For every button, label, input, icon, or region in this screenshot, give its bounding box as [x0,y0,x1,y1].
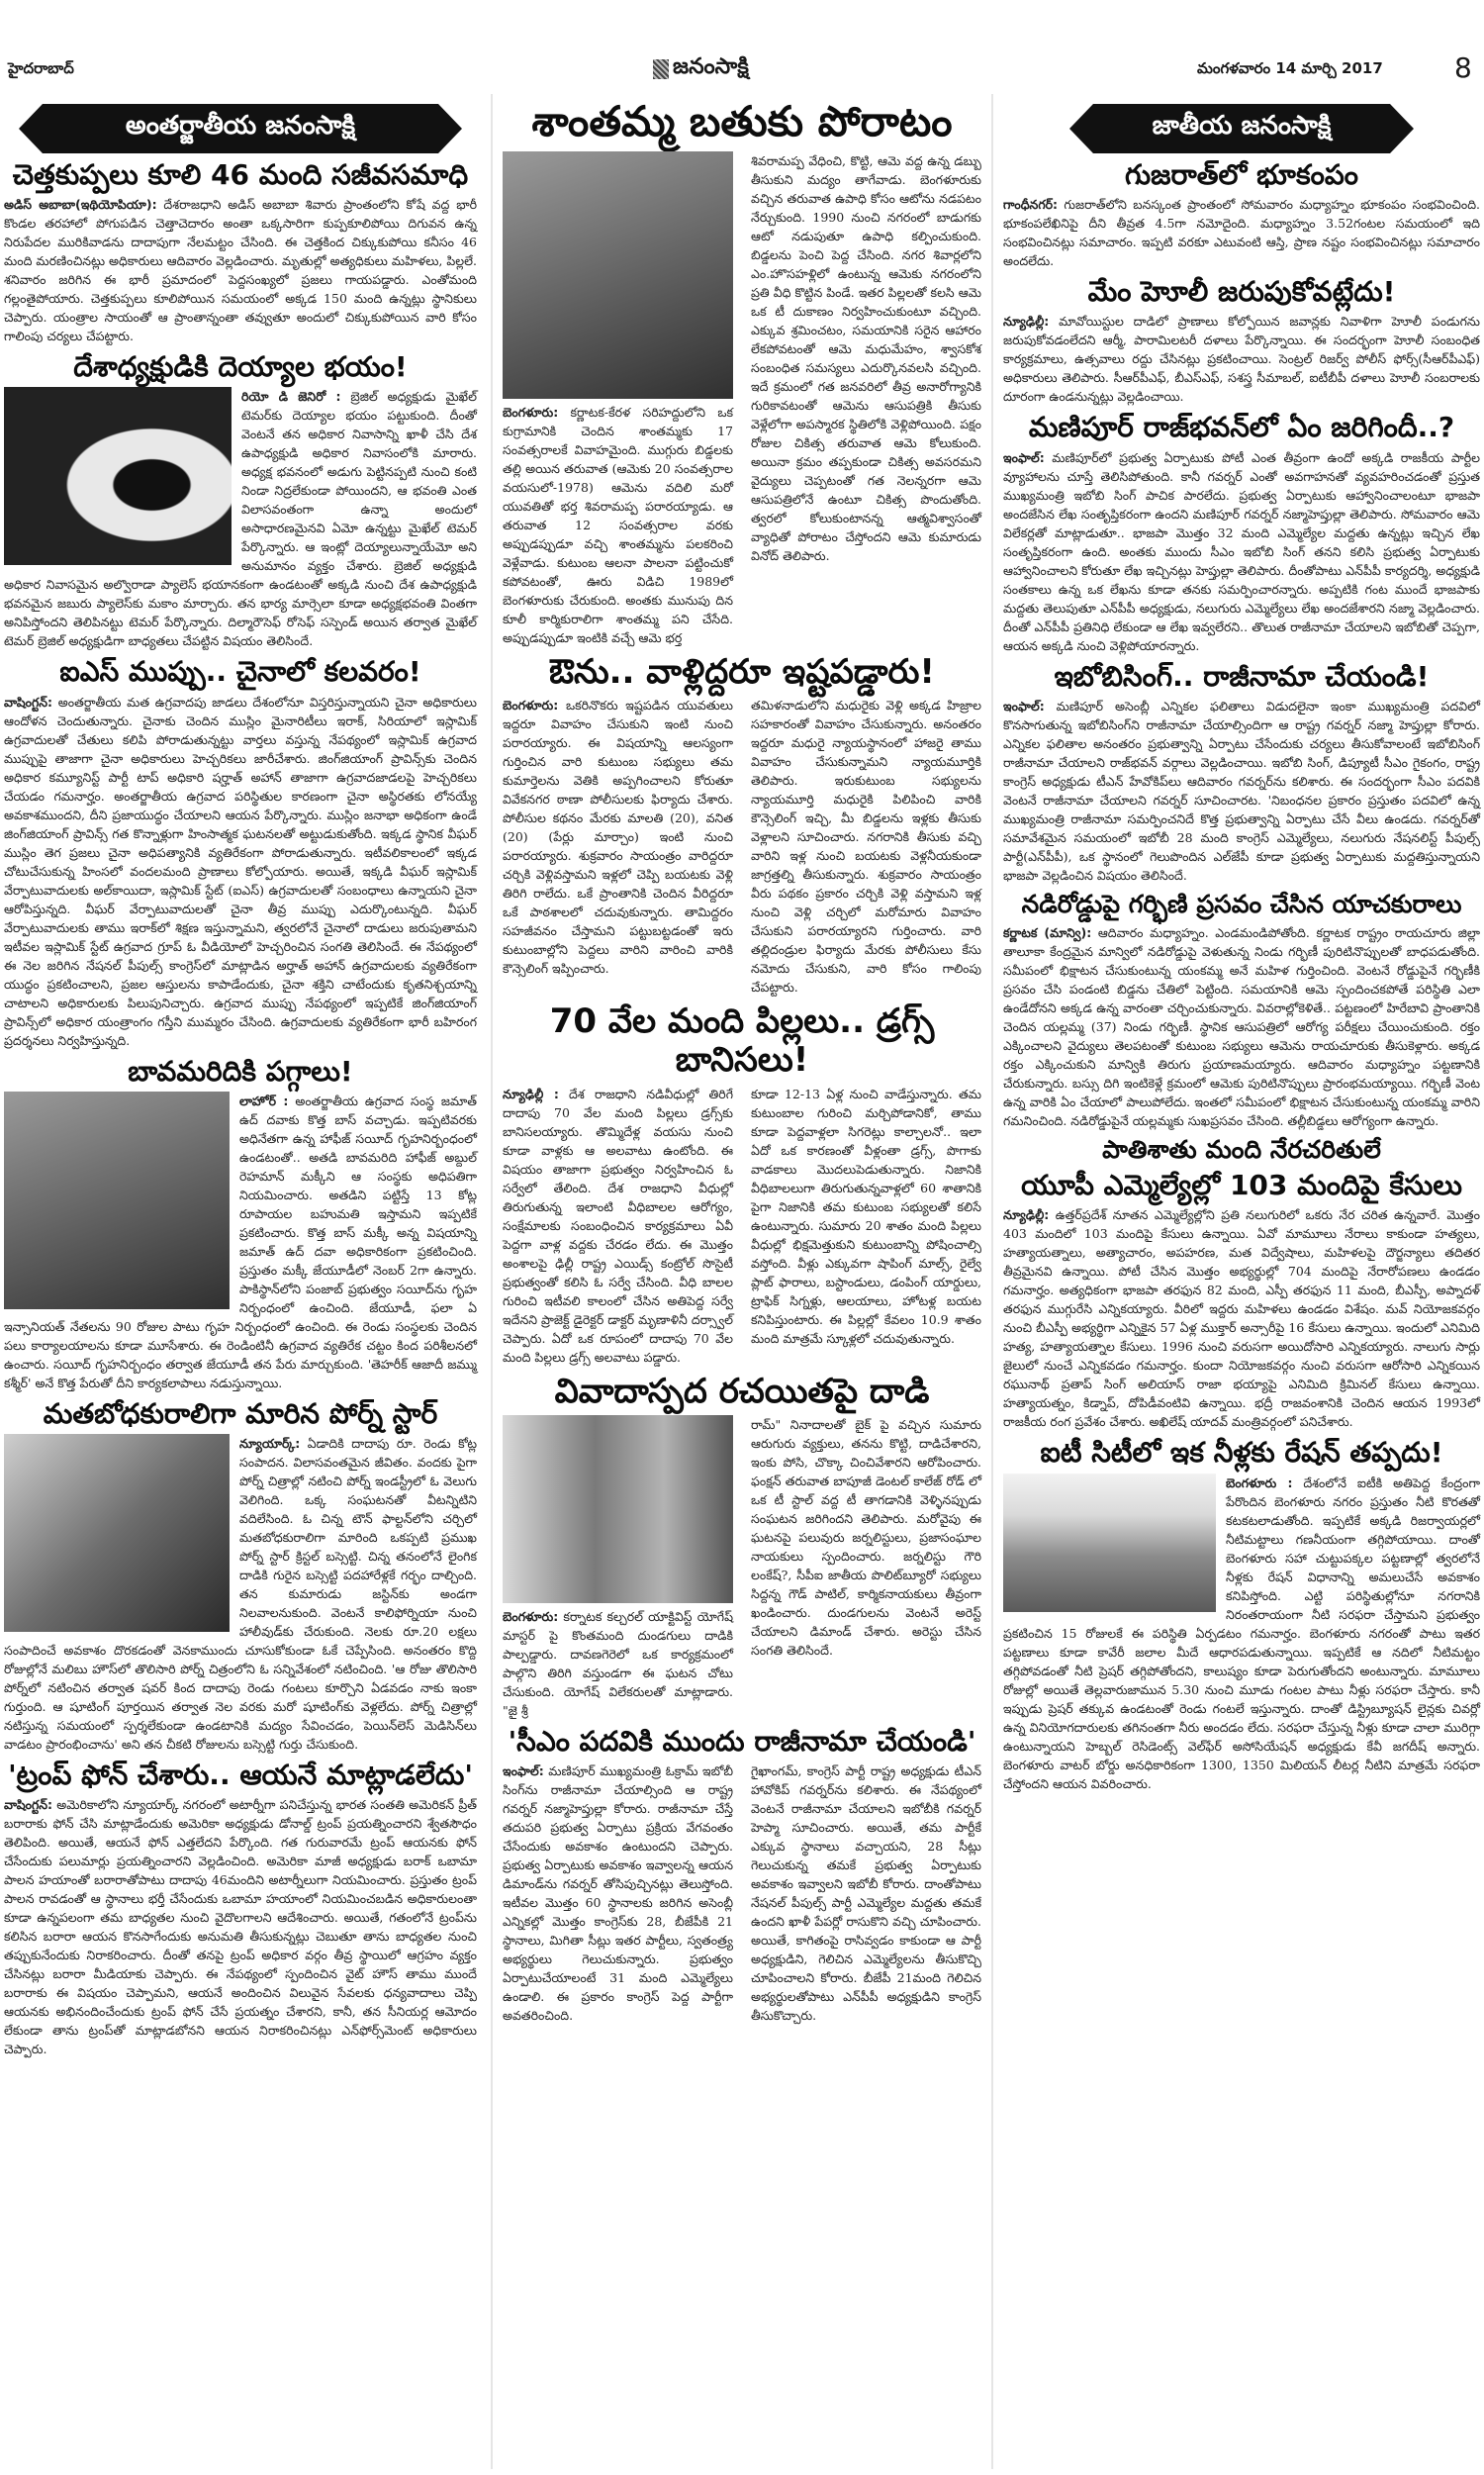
article-headline: ఐటీ సిటీలో ఇక నీళ్లకు రేషన్ తప్పదు! [1003,1437,1480,1469]
article: 'ట్రంప్ ఫోన్ చేశారు.. ఆయనే మాట్లాడలేదు' … [4,1760,477,2058]
article-dateline: బెంగళూరు: [503,405,558,420]
article-dateline: వాషింగ్టన్: [4,695,52,710]
article: ఐటీ సిటీలో ఇక నీళ్లకు రేషన్ తప్పదు! బెంగ… [1003,1437,1480,1792]
article-photo [4,1434,230,1632]
article-dateline: బెంగళూరు: [503,1609,558,1624]
article: నడిరోడ్డుపై గర్భిణి ప్రసవం చేసిన యాచకురా… [1003,891,1480,1130]
article-body: ఉత్తర్‌ప్రదేశ్ నూతన ఎమ్మెల్యేల్లోని ప్రత… [1003,1207,1480,1429]
middle-column: శాంతమ్మ బతుకు పోరాటం బెంగళూరు: కర్ణాటక-క… [491,94,993,2469]
article-photo-auto-driver [503,151,733,399]
article: ఔను.. వాళ్లిద్దరూ ఇష్టపడ్డారు! బెంగళూరు:… [503,653,981,997]
paper-name: జనంసాక్షి [673,54,749,84]
article-headline: గుజరాత్‌లో భూకంపం [1003,159,1480,191]
article-dateline: న్యూఢిల్లీ: [1003,1207,1049,1222]
article-photo-group [503,1415,733,1603]
article-dateline: రియో డి జెనిరో : [241,389,341,404]
article-body: మణిపూర్ అసెంబ్లీ ఎన్నికల ఫలితాలు విడుదలై… [1003,699,1480,883]
article-dateline: ఇంఫాల్: [1003,699,1045,714]
article-body: గైఖాంగమ్, కాంగ్రెస్ పార్టీ రాష్ట్ర అధ్యక… [751,1761,981,2025]
article-dateline: ఇంఫాల్: [503,1763,544,1778]
article-headline: 'సీఎం పదవికి ముందు రాజీనామా చేయండి' [503,1726,981,1758]
article-headline: మణిపూర్ రాజ్‌భవన్‌లో ఏం జరిగిందీ..? [1003,412,1480,443]
article-headline: బావమరిదికి పగ్గాలు! [4,1056,477,1088]
article: చెత్తకుప్పలు కూలి 46 మంది సజీవసమాధి అడిస… [4,159,477,345]
paper-logo: జనంసాక్షి [653,54,749,84]
article-body: శివరామప్ప వేధించి, కొట్టి, ఆమె వద్ద ఉన్న… [751,151,981,565]
article: ఇబోబిసింగ్.. రాజీనామా చేయండి! ఇంఫాల్: మణ… [1003,661,1480,885]
article-dateline: న్యూఢిల్లీ: [1003,314,1049,329]
article-body: కర్ణాటక-కేరళ సరిహద్దులోని ఒక కుగ్రామానిక… [503,405,733,645]
article-dateline: అడిస్ అబాబా(ఇథియోపియా): [4,197,157,212]
article-dateline: ఇంఫాల్: [1003,450,1045,465]
article: 'సీఎం పదవికి ముందు రాజీనామా చేయండి' ఇంఫా… [503,1726,981,2025]
article: మతబోధకురాలిగా మారిన పోర్న్ స్టార్ న్యూయా… [4,1398,477,1754]
article-photo-silhouette [4,387,232,565]
article-headline: 70 వేల మంది పిల్లలు.. డ్రగ్స్ బానిసలు! [503,1002,981,1080]
issue-date: మంగళవారం 14 మార్చి 2017 [1197,59,1383,81]
article-headline: యూపీ ఎమ్మెల్యేల్లో 103 మందిపై కేసులు [1003,1170,1480,1201]
article-body: కూడా 12-13 ఏళ్ల నుంచి వాడేస్తున్నారు. తమ… [751,1085,981,1348]
article: బావమరిదికి పగ్గాలు! లాహోర్ : అంతర్జాతీయ … [4,1056,477,1392]
article-body: మణిపూర్‌లో ప్రభుత్వ ఏర్పాటుకు పోటీ ఎంత త… [1003,450,1480,653]
article-photo-city-skyline [1003,1474,1216,1612]
article-dateline: బెంగళూరు : [1226,1475,1292,1490]
article-photo-portrait [4,1092,230,1309]
article-dateline: కర్ణాటక (మాన్వి): [1003,925,1091,940]
section-banner-international: అంతర్జాతీయ జనంసాక్షి [43,104,438,153]
left-column: అంతర్జాతీయ జనంసాక్షి చెత్తకుప్పలు కూలి 4… [4,94,477,2469]
article: మణిపూర్ రాజ్‌భవన్‌లో ఏం జరిగిందీ..? ఇంఫా… [1003,412,1480,654]
article-body: కర్నాటక కల్చరల్ యాక్టివిస్ట్ యోగేష్ మాస్… [503,1609,733,1718]
article: శాంతమ్మ బతుకు పోరాటం బెంగళూరు: కర్ణాటక-క… [503,98,981,647]
article-body: అమెరికాలోని న్యూయార్క్ నగరంలో అటార్నీగా … [4,1797,477,2056]
article: పాతిశాతు మంది నేరచరితులే యూపీ ఎమ్మెల్యేల… [1003,1136,1480,1432]
article: దేశాధ్యక్షుడికి దెయ్యాల భయం! రియో డి జెన… [4,351,477,650]
article-headline: చెత్తకుప్పలు కూలి 46 మంది సజీవసమాధి [4,159,477,191]
article-body: అంతర్జాతీయ మత ఉగ్రవాదపు జాడలు దేశంలోనూ వ… [4,695,477,1048]
article: గుజరాత్‌లో భూకంపం గాంధీనగర్: గుజరాత్‌లోన… [1003,159,1480,270]
article-headline: ఇబోబిసింగ్.. రాజీనామా చేయండి! [1003,661,1480,693]
article-headline: నడిరోడ్డుపై గర్భిణి ప్రసవం చేసిన యాచకురా… [1003,891,1480,919]
article-body: రామ్" నినాదాలతో బైక్ పై వచ్చిన సుమారు ఆర… [751,1415,981,1660]
article-dateline: బెంగళూరు: [503,698,558,713]
city-label: హైదరాబాద్ [8,59,74,81]
article-headline: మేం హెూలీ జరుపుకోవట్లేదు! [1003,276,1480,308]
page-number: 8 [1454,51,1472,84]
masthead: హైదరాబాద్ జనంసాక్షి మంగళవారం 14 మార్చి 2… [0,0,1484,89]
article-dateline: గాంధీనగర్: [1003,197,1058,212]
article-body: మావోయిస్టుల దాడిలో ప్రాణాలు కోల్పోయిన జవ… [1003,314,1480,404]
article-headline: దేశాధ్యక్షుడికి దెయ్యాల భయం! [4,351,477,383]
article-headline: ఐఎస్ ముప్పు.. చైనాలో కలవరం! [4,656,477,688]
article-dateline: న్యూఢిల్లీ : [503,1087,559,1101]
article-headline: ఔను.. వాళ్లిద్దరూ ఇష్టపడ్డారు! [503,653,981,692]
article-dateline: వాషింగ్టన్: [4,1797,52,1812]
article-headline: 'ట్రంప్ ఫోన్ చేశారు.. ఆయనే మాట్లాడలేదు' [4,1760,477,1791]
article-headline: మతబోధకురాలిగా మారిన పోర్న్ స్టార్ [4,1398,477,1430]
article: ఐఎస్ ముప్పు.. చైనాలో కలవరం! వాషింగ్టన్: … [4,656,477,1049]
article-body: దేశ రాజధాని నడివీధుల్లో తిరిగే దాదాపు 70… [503,1087,733,1365]
article-dateline: లాహోర్ : [239,1094,288,1108]
article: 70 వేల మంది పిల్లలు.. డ్రగ్స్ బానిసలు! న… [503,1002,981,1366]
article-body: ఒకరినొకరు ఇష్టపడిన యువతులు ఇద్దరూ వివాహం… [503,698,733,976]
article-headline: శాంతమ్మ బతుకు పోరాటం [503,98,981,145]
article-kicker: పాతిశాతు మంది నేరచరితులే [1003,1136,1480,1165]
right-column: జాతీయ జనంసాక్షి గుజరాత్‌లో భూకంపం గాంధీన… [1003,94,1480,2469]
article-dateline: న్యూయార్క్: [239,1436,300,1451]
article-body: ఆదివారం మధ్యాహ్నం. ఎండమండిపోతోంది. కర్ణా… [1003,925,1480,1128]
article: వివాదాస్పద రచయితపై దాడి బెంగళూరు: కర్నాట… [503,1373,981,1720]
article: మేం హెూలీ జరుపుకోవట్లేదు! న్యూఢిల్లీ: మా… [1003,276,1480,406]
article-body: తమిళనాడులోని మధురైకు వెళ్లి అక్కడ హిజ్రా… [751,696,981,997]
logo-icon [653,59,669,79]
section-banner-national: జాతీయ జనంసాక్షి [1093,104,1390,153]
article-body: మణిపూర్ ముఖ్యమంత్రి ఓక్రామ్ ఇబోబీ సింగ్‌… [503,1763,733,2023]
article-body: గుజరాత్‌లోని బనస్కంత ప్రాంతంలో సోమవారం మ… [1003,197,1480,268]
article-headline: వివాదాస్పద రచయితపై దాడి [503,1373,981,1411]
article-body: దేశరాజధాని అడిస్ అబాబా శివారు ప్రాంతంలోన… [4,197,477,343]
